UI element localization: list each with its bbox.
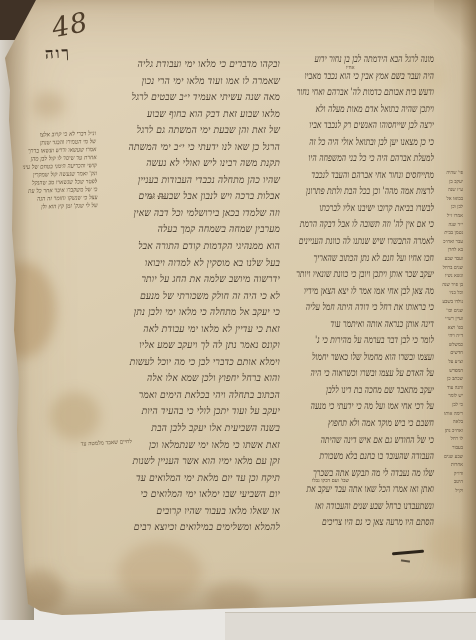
gloss-line: יעקב בן (436, 178, 463, 187)
text-line: תיקח וכן עד יום מלאת ימי המלואים עד (102, 471, 280, 488)
gloss-line: רימה אותו (436, 410, 463, 419)
gloss-line: שכתב כן (436, 375, 463, 384)
gloss-line: ונשא נשיו (436, 272, 463, 281)
text-line: לרצות אמה מהה' וכן בכל הבת ולתת פתרונן (320, 184, 434, 201)
text-line: חכו אחיו ועל חנם לא נתן הכתוב שהאריך (320, 251, 434, 268)
text-line: וזה שלמדו בכאן בירושלמי וכל דבה שאין (102, 206, 280, 223)
text-line: היה ועבר בשם אמץ אבין כי הוא נכבד מאביו (320, 69, 434, 86)
text-line: על האדם על עצמו ובשרו וכשראוה כי היה (320, 366, 434, 383)
under-sheet (225, 612, 476, 640)
text-line: לא כי היה זה חולק משכורתי של מנעם (102, 289, 280, 306)
text-line: כי אם אין לה' וזה תשובה לו אבל דבקה הרמת (320, 217, 434, 234)
gloss-line: נולדו בשבע (436, 298, 463, 307)
text-line: וקונס נאמר נתן לה לך ויעקב שמע אליו (102, 338, 280, 355)
gloss-line: המפרש (436, 367, 463, 376)
text-line: וימלא אותם כדברי לבן כי מה יוכל לעשות (102, 355, 280, 372)
text-line: מערבין שמחה בשמחה קמך בעלה (102, 222, 280, 239)
text-line: מלאו שבוע זאת דבק הוא בחוף שבוע (102, 107, 280, 124)
text-line: ועצמו ובשרו הוא מחמול שלו כאשר יחמול (320, 350, 434, 367)
gloss-line: ודו״ק (436, 470, 463, 479)
interlinear-note: אחיו (346, 65, 355, 71)
text-line: ואתן ואז אמרו הכל שאו אתה עבד יעקב את (320, 482, 434, 499)
right-margin-gloss-column: פי' שהיהיעקב בןע״ז שנהבבואו אללבן וכןאמר… (435, 169, 463, 496)
text-line: בשנה השביעית אלו יעקב ללבן הבת (102, 421, 280, 438)
gloss-line: בבואו אל (436, 195, 463, 204)
text-line: והוא ברחל יחפוץ ולכן שמא אלו אלה (102, 371, 280, 388)
text-line: לומר כי לבן דבר בערמה על מהירות כי ג' (320, 333, 434, 350)
text-line: לאמרה התבשרו שיש שנתנו לה כוונת העניינים (320, 234, 434, 251)
text-line: מה צאן לבן אחי אמו אמר לו יצא הצאן מידיו (320, 284, 434, 301)
gloss-line: לבן וכן (436, 203, 463, 212)
text-line: הכתוב בתחלה ויהי בכלאת הימים ואמר (102, 388, 280, 405)
text-line: ודעש בית אבותם כדמות לה' אברהם ואחי נחור (320, 85, 434, 102)
text-line: שאמרה לו אמו ועוד מלאו ימי הרי נכון (102, 74, 280, 91)
gloss-line: אחרות (436, 461, 463, 470)
gloss-line: בן פ״ד שנה (436, 281, 463, 290)
manuscript-photo: 48 ךוה ונ״ל דברי לא כי קרוב אלצושל מי הט… (0, 0, 476, 640)
text-line: ונשתעבדנו ברחל שבע שנים והעבודה ואז (320, 499, 434, 516)
text-line: ובקהו מדברים כי מלאו ימי ועבודת גליה (102, 57, 280, 74)
text-line: ירצה לבן שייחסוהו האנשים רק לנכבד אביו (320, 118, 434, 135)
text-line: חשבם כי ביש מוקד אמה ולא תחפוץ (320, 416, 434, 433)
gloss-line: שנים וכו' (436, 307, 463, 316)
text-line: אבלות ברכה ויש לנבון אבל שבעת ימים (102, 189, 280, 206)
gloss-line: ואח״כ נתן (436, 427, 463, 436)
gloss-line: חדשים (436, 349, 463, 358)
gloss-line: ע״ז שנה (436, 186, 463, 195)
text-line: מתייחסים ונחור אחי אברהם והעבד לנכבד (320, 168, 434, 185)
main-text-column-right: מונה לרגל הבא הידמתה לבן בן נחור ידועהיה… (280, 52, 434, 532)
text-line: כי בראותו את רחל כי דודה היתה חמל עליה (320, 300, 434, 317)
text-line: ידרשוה מיושב שלמה את החג על יותר (102, 272, 280, 289)
text-line: על רכי אחי אמו ועל מה כי ידעתי כי מנעה (320, 399, 434, 416)
foxing-stain (33, 92, 65, 118)
gloss-line: לו רחל (436, 435, 463, 444)
folio-number: 48 (49, 7, 91, 44)
text-line: תקנת משה רבינו ליש ואולי לא נעשה (102, 156, 280, 173)
gloss-line: בפ' ויצא (436, 324, 463, 333)
gloss-line: בעבור (436, 444, 463, 453)
text-line: יעקב שכר אותן ויתכן ויובן כי כוונת שונאי… (320, 267, 434, 284)
gloss-line: כמשלש (436, 341, 463, 350)
gloss-line: שבע שנים (436, 453, 463, 462)
text-line: כי יעקב אל מתחלה כי מלאו ימי ולבן נתן (102, 305, 280, 322)
corner-fold (434, 0, 476, 52)
ink-dash-mark (392, 550, 424, 556)
text-line: כי של החודש גם אם איש דינה שהיתה (320, 433, 434, 450)
gloss-line: וק״ל (436, 487, 463, 496)
gloss-line: עבר ואח״כ (436, 238, 463, 247)
text-line: של זאת והן שבעת ימי המשתה גם לרגל (102, 123, 280, 140)
text-line: הסתם היו מרעה צאן כי גם היו צריכים (320, 515, 434, 532)
interlinear-note: בהו' אפ' (148, 195, 165, 201)
text-line: למעלת אברהם היה כי כל בני המשפחה היו (320, 151, 434, 168)
main-text-column-left: ובקהו מדברים כי מלאו ימי ועבודת גליהשאמר… (82, 57, 280, 537)
text-line: לבשרו בביאת קרובו ישיבנו אליו לברכתו (320, 201, 434, 218)
gloss-line: וצ״ע על (436, 358, 463, 367)
gloss-line: וכל בניו (436, 289, 463, 298)
text-line: או שאלו מלאו בעבור שהיו קרובים (102, 504, 280, 521)
text-line: יום השביעי שבו ימלאו ימי המלואים כי (102, 487, 280, 504)
gloss-line: והנה עוד (436, 384, 463, 393)
text-line: שהיו כהן מתחלה נכבדי העבודות בעניין (102, 173, 280, 190)
text-line: זקן עם מלאו ימיו הוא אשר העניין לשנות (102, 454, 280, 471)
gloss-line: ועבד שבע (436, 255, 463, 264)
text-line: יעקב על ועוד יתכן לולי כי בהעיד היות (102, 404, 280, 421)
text-line: זאת כי עדיין לא מלאו ימי עבודת לאה (102, 322, 280, 339)
manuscript-page: 48 ךוה ונ״ל דברי לא כי קרוב אלצושל מי הט… (0, 0, 476, 640)
interlinear-note: שבו' ועם דבקו גבלו (312, 478, 349, 484)
gloss-line: נטמן בבית (436, 229, 463, 238)
gloss-line: בא לחרן (436, 246, 463, 255)
gloss-line: אמרו ז״ל (436, 212, 463, 221)
gloss-line: ועיין רש״י (436, 315, 463, 324)
text-line: העבודה שהעובד בו בחנם בלא משכורת (320, 449, 434, 466)
text-line: הוא ממנהיגי הקדמות קודם התורה אבל (102, 239, 280, 256)
gloss-line: יש לומר (436, 392, 463, 401)
text-line: דינה אותן כנראה אותה ואיתמר עוד (320, 317, 434, 334)
gloss-line: שנים ברחל (436, 264, 463, 273)
hebrew-inscription: ךוה (45, 43, 72, 63)
text-line: ויתכן שהיה בתואל אדם מאות מעלה ולא (320, 102, 434, 119)
gloss-line: פי' שהיה (436, 169, 463, 178)
gloss-line: כי לבן (436, 401, 463, 410)
gloss-line: י״ד שנה (436, 221, 463, 230)
gloss-line: היטב (436, 478, 463, 487)
gloss-line: בלאה (436, 418, 463, 427)
ink-fleck (401, 559, 410, 562)
text-line: להמלא ומשלימים במילואים וכיוצא רבים (102, 520, 280, 537)
text-line: הרגל כן שאו לנו ידעתי כי י״ב ימי המשתה (102, 140, 280, 157)
text-line: יעקב מתאבד שם מחכה בת דינו ללבן (320, 383, 434, 400)
text-line: בעל שלנו בא מוסקין לא למדוה ויבואו (102, 256, 280, 273)
gloss-line: ד״ה ויהי (436, 332, 463, 341)
text-line: מונה לרגל הבא הידמתה לבן בן נחור ידוע (320, 52, 434, 69)
text-line: מאה שנה עשיתי אעמיד י״ב שבטים לרגל (102, 90, 280, 107)
text-line: כי כן מצאנו יען לבן ובתואל אולי היה כל ז… (320, 135, 434, 152)
